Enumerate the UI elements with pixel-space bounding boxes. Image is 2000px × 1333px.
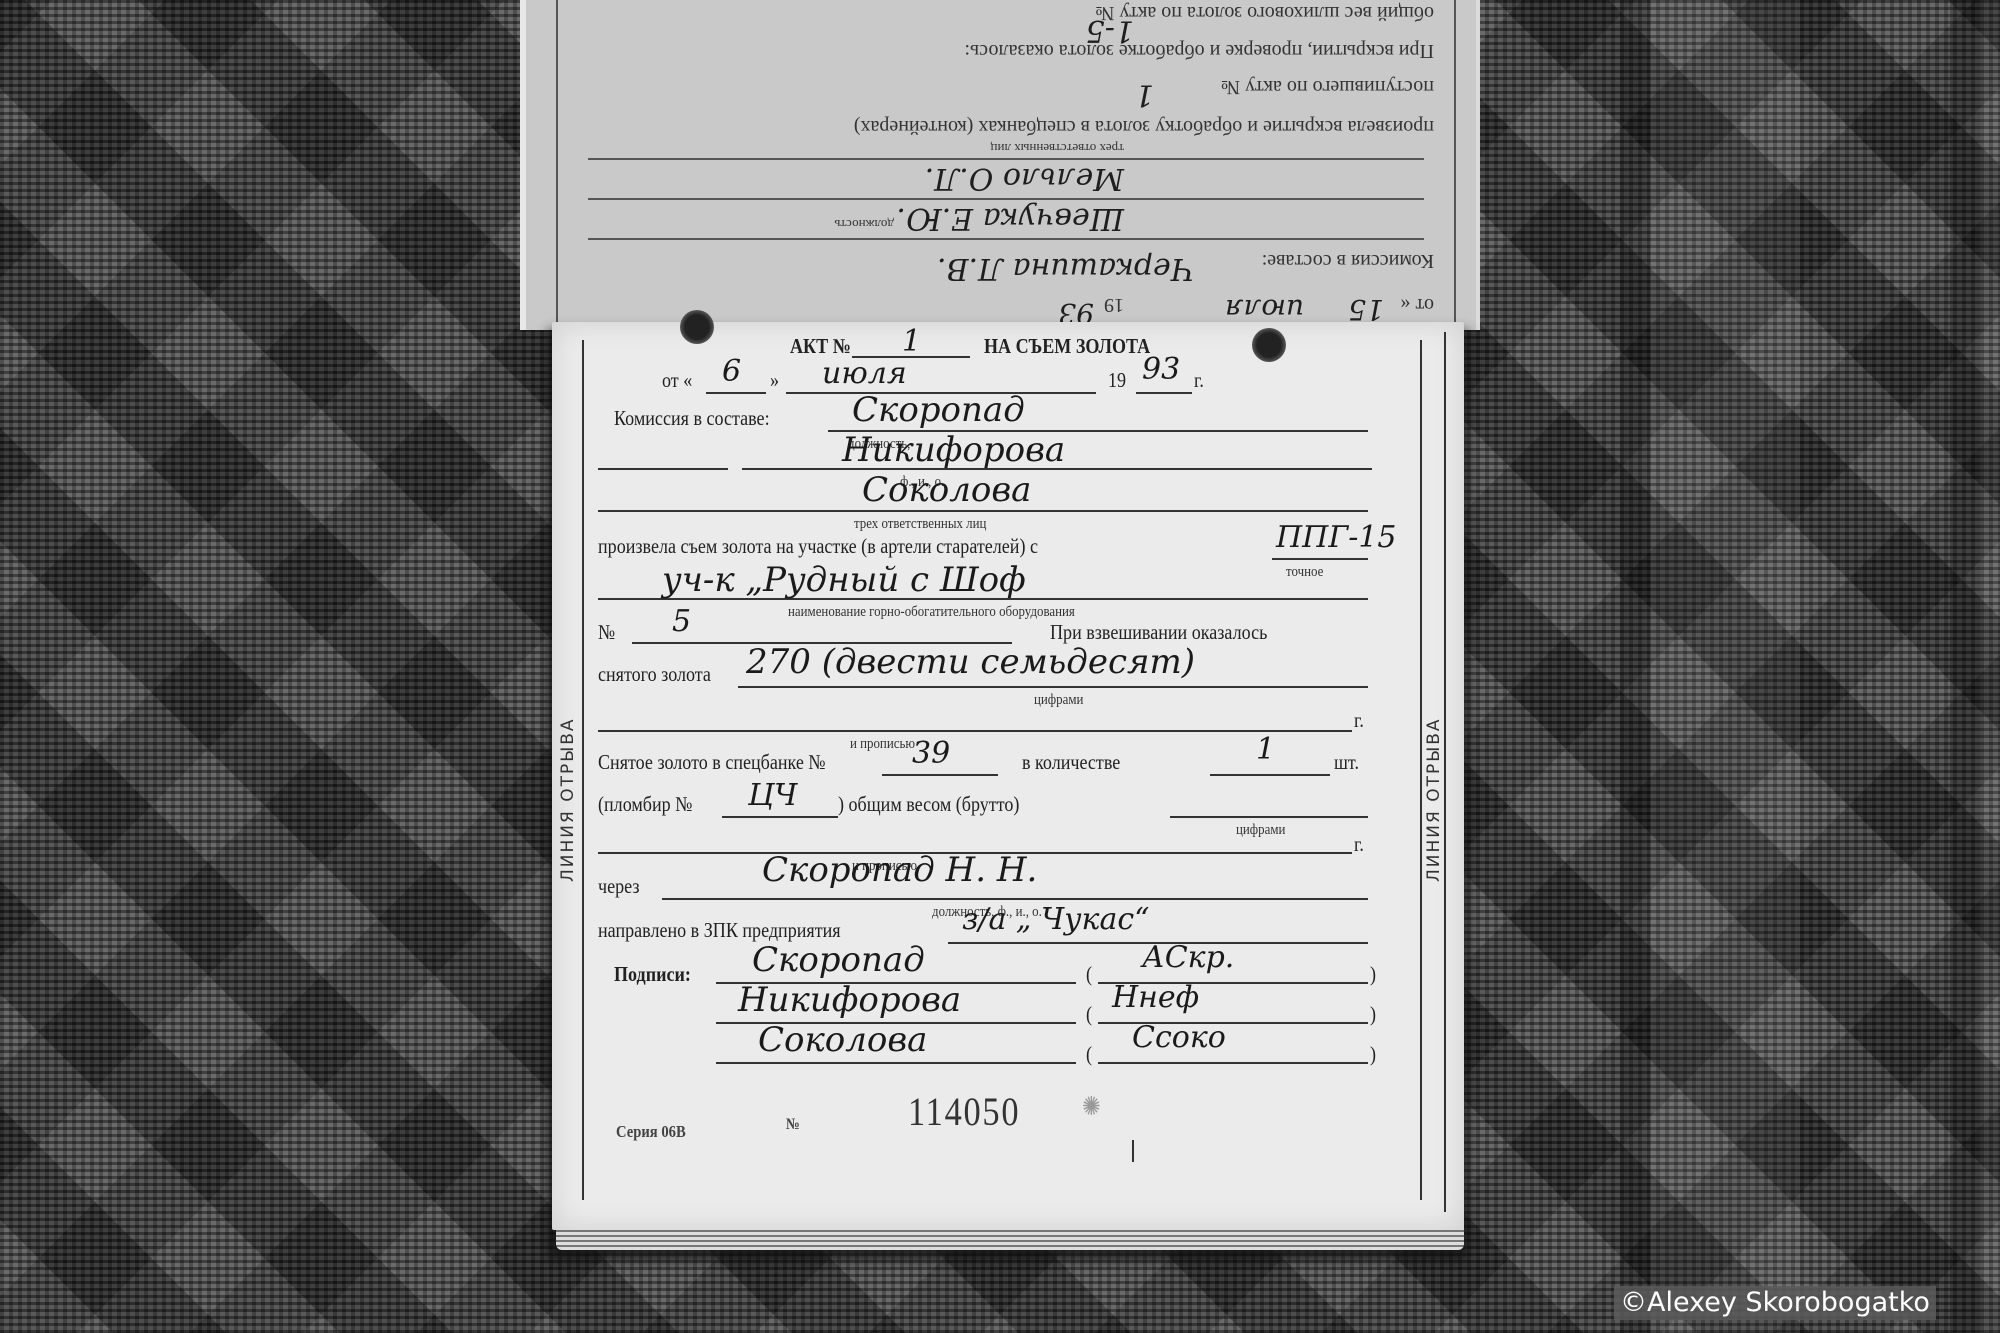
top-total-weight-text: общий вес шлихового золота по акту № [1095, 1, 1434, 24]
caption-digits-1: цифрами [1034, 692, 1083, 709]
extraction-source: ППГ-15 [1276, 520, 1397, 555]
equipment-number: 5 [672, 604, 691, 639]
top-received-text: поступившего по акту № [1221, 75, 1434, 98]
caption-words-1: и прописью [850, 736, 915, 753]
bank-number: 39 [912, 736, 950, 771]
date-month: июля [822, 356, 907, 391]
photographer-name: Alexey Skorobogatko [1647, 1287, 1930, 1318]
via-label: через [598, 874, 640, 899]
punch-hole-left [680, 310, 714, 344]
tear-line-label-left: ЛИНИЯ ОТРЫВА [558, 717, 578, 882]
serial-label: № [786, 1116, 800, 1134]
removed-gold-label: снятого золота [598, 662, 711, 687]
tear-line-rule [1444, 332, 1446, 1212]
signature-name-2: Никифорова [738, 980, 961, 1020]
signature-mark-1: АСкр. [1142, 940, 1234, 975]
serial-number: 114050 [908, 1088, 1020, 1135]
signature-paren-open-3: ( [1086, 1042, 1092, 1067]
perforation-mark [1132, 1140, 1134, 1162]
caption-equipment: наименование горно-обогатительного обору… [788, 604, 1075, 621]
tear-line-label-right: ЛИНИЯ ОТРЫВА [1424, 717, 1444, 882]
top-opening-text: произвела вскрытие и обработку золота в … [854, 115, 1434, 138]
via-value: Скоропад Н. Н. [762, 850, 1037, 890]
top-total-weight-value: 1-5 [1086, 13, 1134, 48]
equipment-number-label: № [598, 620, 615, 645]
date-year: 93 [1142, 352, 1180, 387]
signature-paren-open-1: ( [1086, 962, 1092, 987]
top-page-content: от « 15 июля 19 93 Комиссия в составе: Ч… [556, 0, 1456, 330]
commission-label: Комиссия в составе: [614, 406, 770, 431]
removed-gold-value: 270 (двести семьдесят) [746, 642, 1195, 682]
top-commission-member-2: Шевчука Е.Ю. [896, 201, 1124, 236]
top-commission-label: Комиссия в составе: [1262, 249, 1434, 272]
commission-member-3: Соколова [862, 470, 1031, 510]
seal-label: (пломбир № [598, 792, 692, 817]
unit-g-2: г. [1354, 832, 1364, 857]
caption-digits-2: цифрами [1236, 822, 1285, 839]
commission-member-1: Скоропад [852, 390, 1025, 430]
top-caption-three: трех ответственных лиц [991, 140, 1124, 156]
signatures-label: Подписи: [614, 962, 691, 987]
caption-exact: точное [1286, 564, 1323, 581]
top-page-flipped: от « 15 июля 19 93 Комиссия в составе: Ч… [520, 0, 1480, 330]
signature-paren-close-3: ) [1370, 1042, 1376, 1067]
copyright-icon: © [1620, 1287, 1647, 1318]
top-received-number: 1 [1135, 77, 1154, 112]
gross-weight-label: ) общим весом (брутто) [838, 792, 1019, 817]
date-prefix: от « [662, 368, 692, 393]
sent-value: з/а „ Чукас“ [962, 902, 1150, 937]
top-commission-member-1: Черкашина Л.В. [937, 251, 1194, 286]
signature-mark-2: Ннеф [1112, 980, 1199, 1015]
date-suffix: г. [1194, 368, 1204, 393]
rosette-icon: ✺ [1082, 1092, 1101, 1122]
top-found-text: При вскрытии, проверке и обработке золот… [964, 39, 1434, 62]
signature-mark-3: Ссоко [1132, 1020, 1226, 1055]
date-day: 6 [722, 354, 741, 389]
date-year-prefix: 19 [1108, 368, 1126, 393]
extraction-text: произвела съем золота на участке (в арте… [598, 534, 1038, 559]
commission-member-2: Никифорова [842, 430, 1065, 470]
signature-paren-close-1: ) [1370, 962, 1376, 987]
signature-paren-close-2: ) [1370, 1002, 1376, 1027]
signature-name-3: Соколова [758, 1020, 927, 1060]
act-title-suffix: НА СЪЕМ ЗОЛОТА [984, 334, 1150, 359]
bank-label: Снятое золото в спецбанке № [598, 750, 826, 775]
series-label: Серия 06В [616, 1122, 686, 1142]
site-name: уч-к „Рудный с Шоф [662, 560, 1026, 600]
top-date-prefix: от « [1401, 293, 1434, 316]
quantity-unit: шт. [1334, 750, 1359, 775]
signature-paren-open-2: ( [1086, 1002, 1092, 1027]
unit-g-1: г. [1354, 708, 1364, 733]
date-mid: » [770, 368, 779, 393]
act-number: 1 [902, 324, 921, 359]
top-commission-member-3: Мельло О.Л. [925, 161, 1124, 196]
photo-credit-watermark: ©Alexey Skorobogatko [1614, 1286, 1936, 1320]
top-position-caption: должность [834, 216, 894, 232]
signature-name-1: Скоропад [752, 940, 925, 980]
fabric-stripe [1470, 0, 2000, 1333]
quantity-label: в количестве [1022, 750, 1120, 775]
punch-hole-right [1252, 328, 1286, 362]
seal-value: ЦЧ [748, 778, 797, 813]
act-page: ЛИНИЯ ОТРЫВА ЛИНИЯ ОТРЫВА АКТ № 1 НА СЪЕ… [552, 322, 1464, 1230]
top-date-year-prefix: 19 [1104, 293, 1124, 316]
page-stack-edge [556, 1228, 1464, 1250]
quantity-value: 1 [1256, 732, 1275, 767]
caption-three-persons: трех ответственных лиц [854, 516, 986, 533]
